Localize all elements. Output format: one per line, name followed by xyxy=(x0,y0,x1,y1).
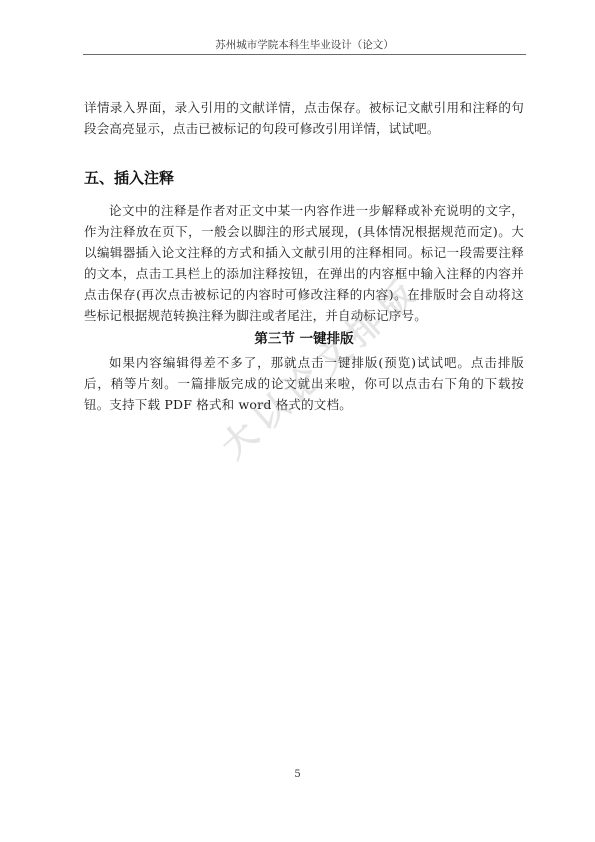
page-header: 苏州城市学院本科生毕业设计（论文） xyxy=(83,38,526,55)
paragraph-annotation-description: 论文中的注释是作者对正文中某一内容作进一步解释或补充说明的文字，作为注释放在页下… xyxy=(84,200,524,326)
subsection-heading-one-click-layout: 第三节 一键排版 xyxy=(84,329,524,349)
page-number: 5 xyxy=(0,769,595,780)
paragraph-citation-details: 详情录入界面，录入引用的文献详情，点击保存。被标记文献引用和注释的句段会高亮显示… xyxy=(84,97,524,139)
paragraph-one-click-layout: 如果内容编辑得差不多了，那就点击一键排版(预览)试试吧。点击排版后，稍等片刻。一… xyxy=(84,352,524,415)
header-title: 苏州城市学院本科生毕业设计（论文） xyxy=(215,39,394,51)
section-heading-insert-annotation: 五、插入注释 xyxy=(84,168,174,188)
